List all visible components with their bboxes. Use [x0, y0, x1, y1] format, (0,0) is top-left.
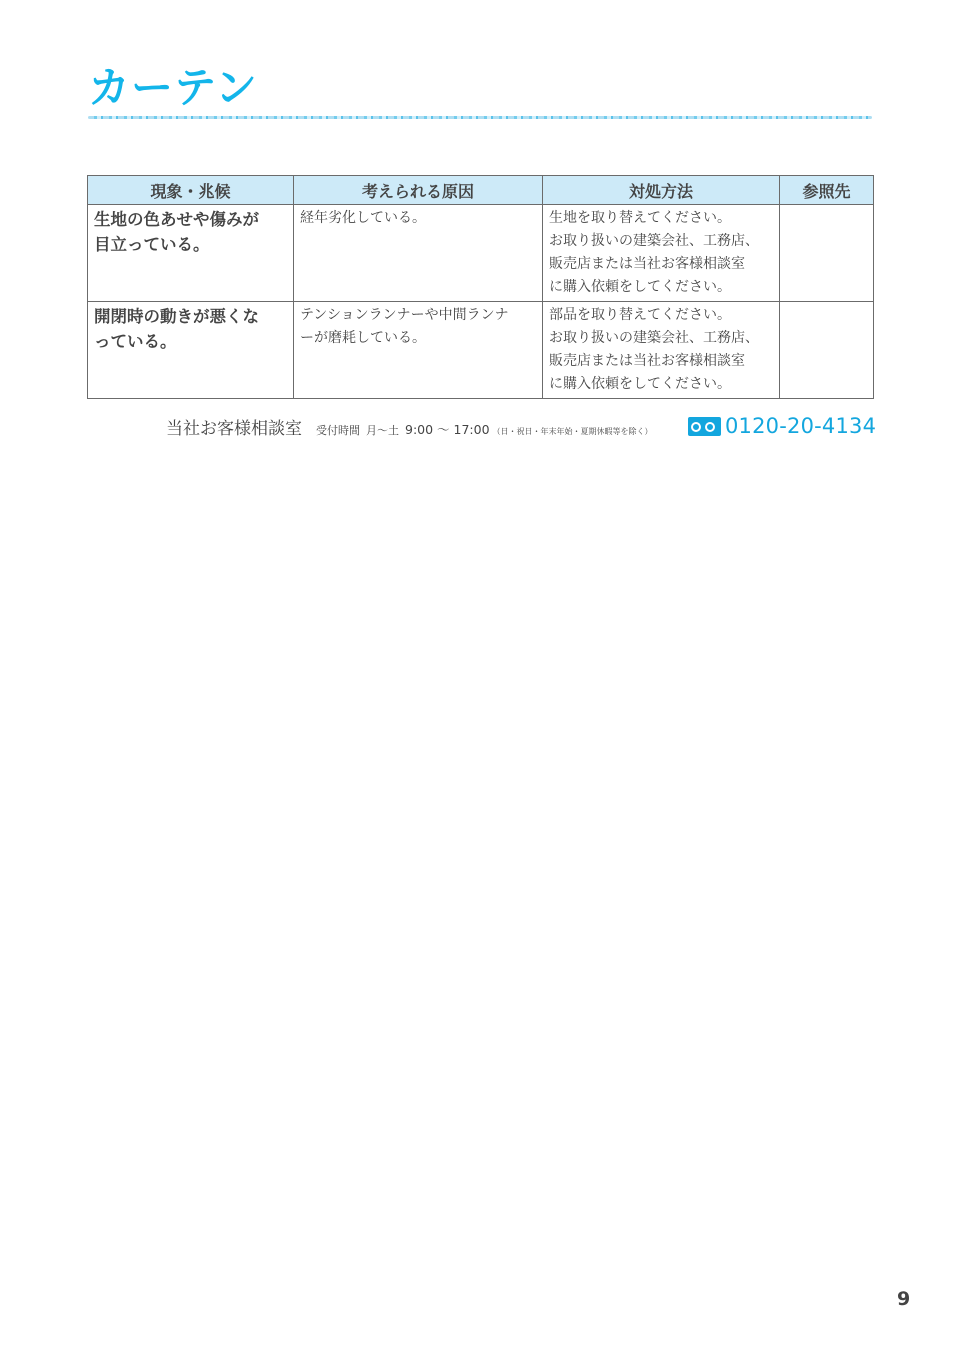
table-row: 開閉時の動きが悪くな っている。 テンションランナーや中間ランナ ーが磨耗してい… — [88, 302, 874, 399]
business-hours: 9:00 〜 17:00 — [405, 420, 490, 438]
business-days: 月〜土 — [366, 422, 399, 438]
exclusion-note: （日・祝日・年末年始・夏期休暇等を除く） — [493, 426, 653, 437]
phone-number[interactable]: 0120-20-4134 — [725, 414, 876, 438]
cause-cell: 経年劣化している。 — [294, 205, 543, 302]
page-number: 9 — [897, 1288, 910, 1310]
header-reference: 参照先 — [780, 176, 874, 205]
table-header-row: 現象・兆候 考えられる原因 対処方法 参照先 — [88, 176, 874, 205]
remedy-cell: 生地を取り替えてください。 お取り扱いの建築会社、工務店、 販売店または当社お客… — [543, 205, 780, 302]
support-phone: 0120-20-4134 — [688, 414, 876, 438]
reference-cell — [780, 205, 874, 302]
freedial-icon — [688, 417, 721, 436]
support-center-name: 当社お客様相談室 — [166, 414, 302, 439]
title-underline — [88, 116, 872, 119]
header-remedy: 対処方法 — [543, 176, 780, 205]
page-title: カーテン — [88, 62, 258, 114]
table-row: 生地の色あせや傷みが 目立っている。 経年劣化している。 生地を取り替えてくださ… — [88, 205, 874, 302]
remedy-cell: 部品を取り替えてください。 お取り扱いの建築会社、工務店、 販売店または当社お客… — [543, 302, 780, 399]
troubleshooting-table: 現象・兆候 考えられる原因 対処方法 参照先 生地の色あせや傷みが 目立っている… — [87, 175, 874, 399]
hours-label: 受付時間 — [316, 422, 360, 438]
header-cause: 考えられる原因 — [294, 176, 543, 205]
header-symptom: 現象・兆候 — [88, 176, 294, 205]
customer-support-info: 当社お客様相談室 受付時間 月〜土 9:00 〜 17:00 （日・祝日・年末年… — [166, 414, 653, 440]
cause-cell: テンションランナーや中間ランナ ーが磨耗している。 — [294, 302, 543, 399]
symptom-cell: 生地の色あせや傷みが 目立っている。 — [88, 205, 294, 302]
symptom-cell: 開閉時の動きが悪くな っている。 — [88, 302, 294, 399]
reference-cell — [780, 302, 874, 399]
